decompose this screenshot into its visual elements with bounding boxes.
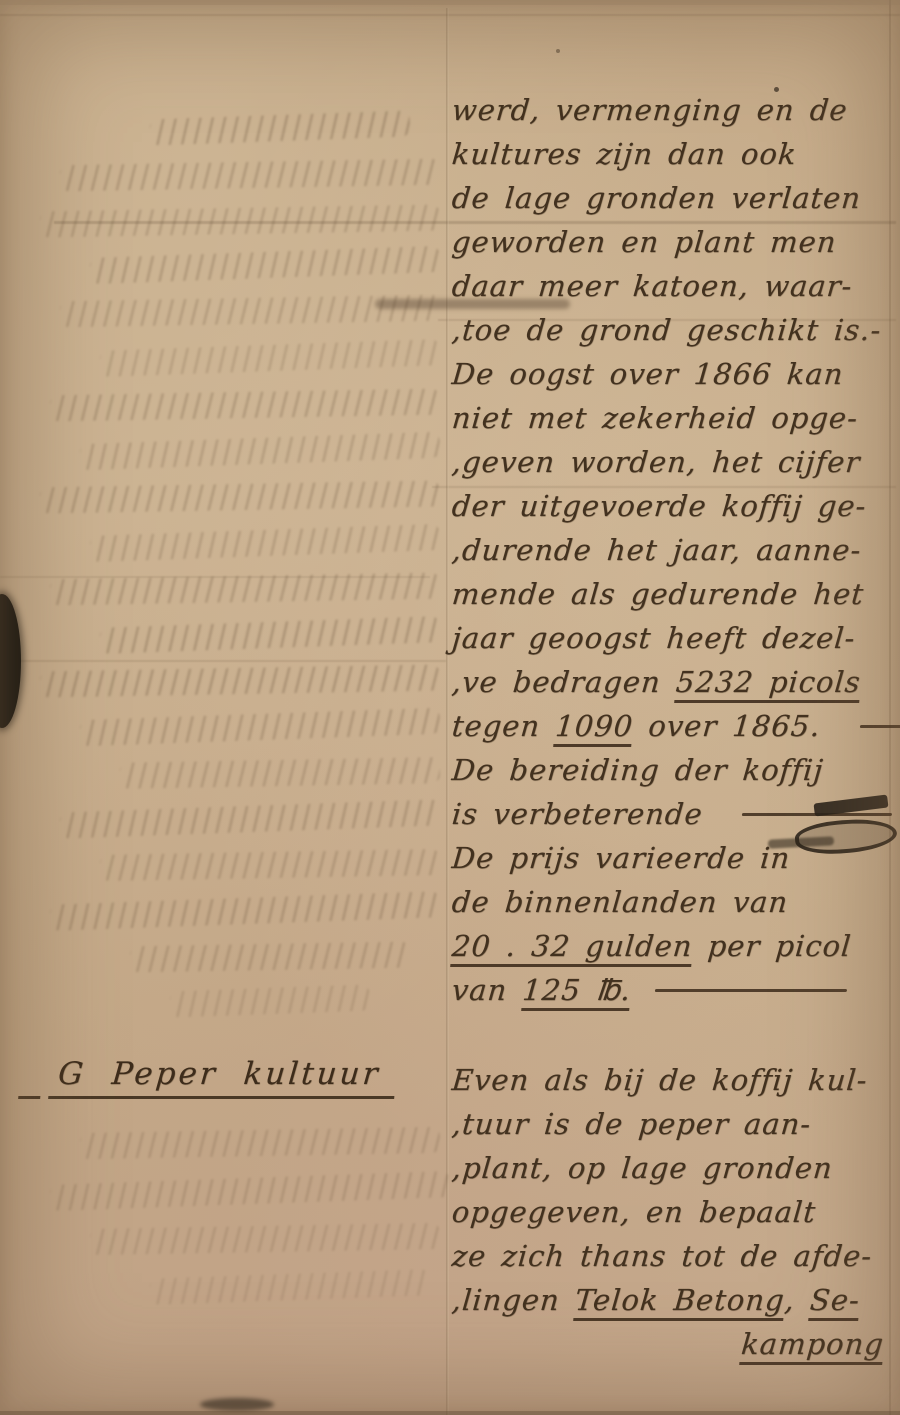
manuscript-line: ,toe de grond geschikt is.- (450, 308, 900, 352)
manuscript-line: geworden en plant men (450, 220, 900, 264)
manuscript-line: ,tuur is de peper aan- (450, 1102, 900, 1146)
text-run: ,durende het jaar, aanne- (451, 533, 863, 567)
scan-bottom-edge (0, 1411, 900, 1415)
bleedthrough-mark (120, 757, 440, 789)
scan-top-edge (0, 0, 900, 5)
manuscript-line: de lage gronden verlaten (450, 176, 900, 220)
text-run: ,lingen (451, 1283, 577, 1317)
underlined-text: 1090 (554, 709, 635, 747)
paragraph: werd, vermenging en dekultures zijn dan … (452, 88, 900, 1012)
text-run: De bereiding der koffij (451, 753, 826, 787)
ink-rule (655, 989, 847, 992)
text-run: opgegeven, en bepaalt (451, 1195, 818, 1229)
text-run: jaar geoogst heeft dezel- (451, 621, 857, 655)
text-run: De oogst over 1866 kan (451, 357, 845, 391)
text-run: tegen (451, 709, 557, 743)
text-run: per picol (691, 929, 853, 963)
manuscript-line: opgegeven, en bepaalt (450, 1190, 900, 1234)
bleedthrough-mark (100, 849, 440, 881)
underlined-text: Se- (808, 1283, 861, 1321)
text-run: over 1865. (632, 709, 838, 743)
underlined-text: 125 ℔. (521, 973, 633, 1011)
bleedthrough-mark (90, 1223, 440, 1255)
manuscript-line: De bereiding der koffij (450, 748, 900, 792)
manuscript-line: niet met zekerheid opge- (450, 396, 900, 440)
bleedthrough-mark (50, 573, 440, 606)
manuscript-line: kultures zijn dan ook (450, 132, 900, 176)
manuscript-line: de binnenlanden van (450, 880, 900, 924)
manuscript-line: ,plant, op lage gronden (450, 1146, 900, 1190)
underlined-text: Telok Betong (573, 1283, 786, 1321)
text-run: de lage gronden verlaten (451, 181, 863, 215)
text-run: geworden en plant men (451, 225, 839, 259)
manuscript-line: De oogst over 1866 kan (450, 352, 900, 396)
bleedthrough-mark (100, 616, 441, 654)
ink-speck (556, 49, 560, 53)
text-run: De prijs varieerde in (451, 841, 792, 875)
text-run: niet met zekerheid opge- (451, 401, 860, 435)
torn-edge-black-blob (0, 594, 21, 728)
bleedthrough-mark (100, 339, 441, 377)
bleedthrough-mark (90, 246, 441, 284)
manuscript-line: mende als gedurende het (450, 572, 900, 616)
ink-smear (375, 299, 570, 309)
bleedthrough-mark (150, 110, 411, 145)
text-run: daar meer katoen, waar- (451, 269, 854, 303)
manuscript-line: der uitgevoerde koffij ge- (450, 484, 900, 528)
paragraph: Even als bij de koffij kul-,tuur is de p… (452, 1058, 900, 1366)
bleedthrough-mark (90, 524, 441, 562)
bleedthrough-mark (50, 389, 440, 422)
bleedthrough-mark (50, 891, 441, 931)
manuscript-line: werd, vermenging en de (450, 88, 900, 132)
bleedthrough-mark (80, 708, 441, 747)
text-run: van (451, 973, 525, 1007)
manuscript-line: ,ve bedragen 5232 picols (450, 660, 900, 704)
underlined-text: kampong (740, 1327, 886, 1365)
manuscript-line: ,geven worden, het cijfer (450, 440, 900, 484)
manuscript-line: ze zich thans tot de afde- (450, 1234, 900, 1278)
bleedthrough-mark (40, 205, 440, 238)
text-run: ,geven worden, het cijfer (451, 445, 862, 479)
bleedthrough-mark (50, 1171, 451, 1211)
text-run: ze zich thans tot de afde- (451, 1239, 874, 1273)
manuscript-line: van 125 ℔. (450, 968, 900, 1012)
text-run: kultures zijn dan ook (451, 137, 799, 171)
bleedthrough-mark (170, 985, 371, 1018)
manuscript-line: tegen 1090 over 1865. (450, 704, 900, 748)
text-run: ,plant, op lage gronden (451, 1151, 835, 1185)
top-fold-line (0, 14, 900, 16)
bleedthrough-mark (60, 799, 441, 838)
text-run: ,ve bedragen (451, 665, 678, 699)
manuscript-page-scan: G Peper kultuur werd, vermenging en deku… (0, 0, 900, 1415)
text-run: de binnenlanden van (451, 885, 790, 919)
bleedthrough-mark (80, 432, 441, 471)
manuscript-line: jaar geoogst heeft dezel- (450, 616, 900, 660)
ink-speck (774, 87, 779, 92)
manuscript-line: Even als bij de koffij kul- (450, 1058, 900, 1102)
manuscript-line: kampong (450, 1322, 900, 1366)
text-run: mende als gedurende het (451, 577, 866, 611)
bottom-smudge (200, 1398, 274, 1411)
bleedthrough-mark (40, 481, 440, 514)
text-run: der uitgevoerde koffij ge- (451, 489, 868, 523)
vertical-fold-line (446, 8, 449, 1415)
text-run: werd, vermenging en de (451, 93, 850, 127)
text-column: werd, vermenging en dekultures zijn dan … (452, 88, 900, 1366)
ink-rule (860, 725, 900, 728)
margin-section-label: G Peper kultuur (48, 1056, 398, 1099)
bleedthrough-mark (150, 1269, 431, 1305)
text-run: ,toe de grond geschikt is.- (451, 313, 883, 347)
text-run: is verbeterende (451, 797, 720, 831)
bleedthrough-mark (60, 159, 440, 192)
manuscript-line: ,lingen Telok Betong, Se- (450, 1278, 900, 1322)
text-run: , (783, 1283, 811, 1317)
underlined-text: 5232 picols (674, 665, 862, 703)
faint-rule-line (0, 660, 446, 662)
bleedthrough-mark (80, 1127, 440, 1159)
bleedthrough-mark (130, 942, 410, 973)
manuscript-line: ,durende het jaar, aanne- (450, 528, 900, 572)
bleedthrough-mark (40, 665, 440, 698)
text-run: ,tuur is de peper aan- (451, 1107, 813, 1141)
manuscript-line: 20 . 32 gulden per picol (450, 924, 900, 968)
underlined-text: 20 . 32 gulden (450, 929, 694, 967)
text-run: Even als bij de koffij kul- (451, 1063, 870, 1097)
